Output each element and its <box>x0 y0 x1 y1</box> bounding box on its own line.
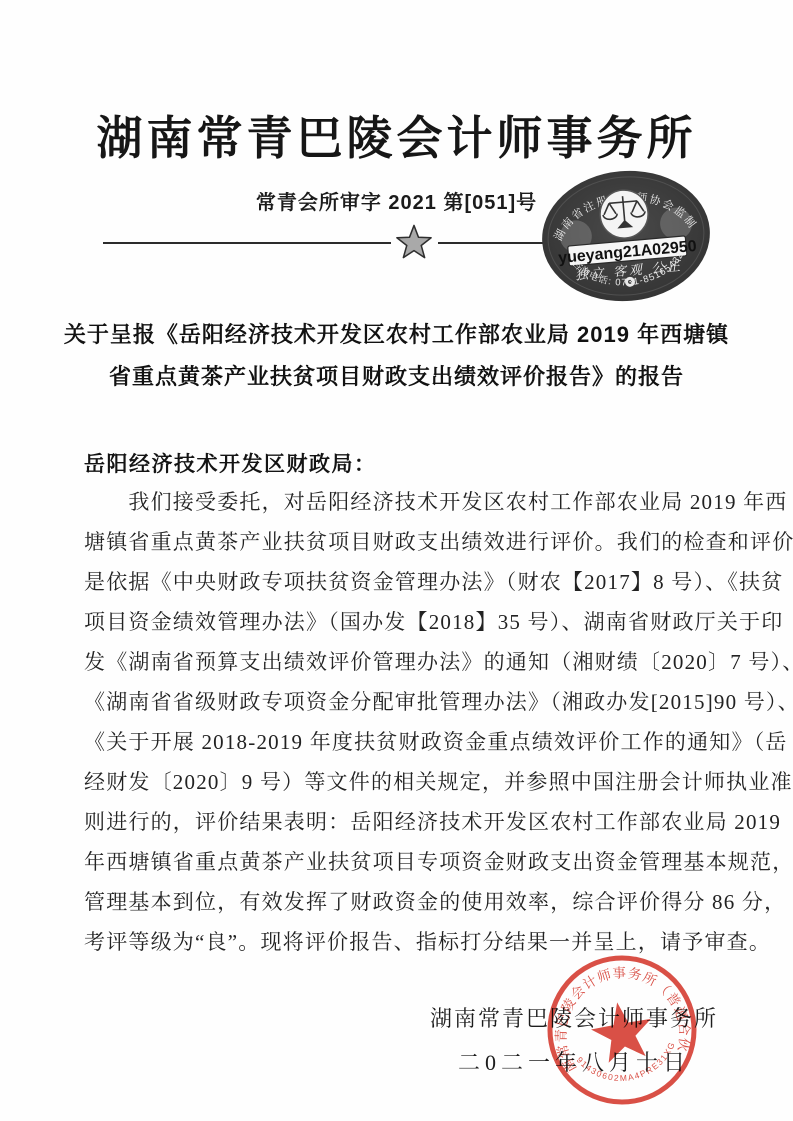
letterhead-firm-name: 湖南常青巴陵会计师事务所 <box>0 102 793 168</box>
body-line: 管理基本到位，有效发挥了财政资金的使用效率，综合评价得分 86 分， <box>84 882 716 922</box>
body-line: 年西塘镇省重点黄茶产业扶贫项目专项资金财政支出资金管理基本规范， <box>84 842 716 882</box>
company-red-seal: 湖南常青巴陵会计师事务所（普通合伙） 91430602MA4PRE31XG <box>529 937 714 1121</box>
star-divider-icon <box>395 224 433 262</box>
report-title-line2: 省重点黄茶产业扶贫项目财政支出绩效评价报告》的报告 <box>0 360 793 391</box>
body-line: 《关于开展 2018-2019 年度扶贫财政资金重点绩效评价工作的通知》（岳 <box>84 722 716 762</box>
body-line: 项目资金绩效管理办法》（国办发【2018】35 号）、湖南省财政厅关于印 <box>84 602 716 642</box>
body-line: 塘镇省重点黄茶产业扶贫项目财政支出绩效进行评价。我们的检查和评价 <box>84 522 716 562</box>
body-line: 经财发〔2020〕9 号）等文件的相关规定，并参照中国注册会计师执业准 <box>84 762 716 802</box>
body-line: 《湖南省省级财政专项资金分配审批管理办法》（湘政办发[2015]90 号）、 <box>84 682 716 722</box>
body-line: 我们接受委托，对岳阳经济技术开发区农村工作部农业局 2019 年西 <box>84 482 716 522</box>
body-line: 发《湖南省预算支出绩效评价管理办法》的通知（湘财绩〔2020〕7 号）、 <box>84 642 716 682</box>
red-star-icon <box>587 997 657 1065</box>
body-paragraph: 我们接受委托，对岳阳经济技术开发区农村工作部农业局 2019 年西 塘镇省重点黄… <box>84 482 716 962</box>
salutation: 岳阳经济技术开发区财政局： <box>84 448 377 478</box>
divider-line-left <box>103 242 391 244</box>
document-page: 湖南常青巴陵会计师事务所 常青会所审字 2021 第[051]号 <box>0 0 793 1121</box>
report-title-line1: 关于呈报《岳阳经济技术开发区农村工作部农业局 2019 年西塘镇 <box>0 318 793 349</box>
cpa-association-seal: 湖南省注册会计师协会监制 yueyang21A02950 独立 客观 公正 咨询… <box>536 163 717 309</box>
body-line: 是依据《中央财政专项扶贫资金管理办法》（财农【2017】8 号）、《扶贫 <box>84 562 716 602</box>
body-line: 则进行的，评价结果表明：岳阳经济技术开发区农村工作部农业局 2019 <box>84 802 716 842</box>
